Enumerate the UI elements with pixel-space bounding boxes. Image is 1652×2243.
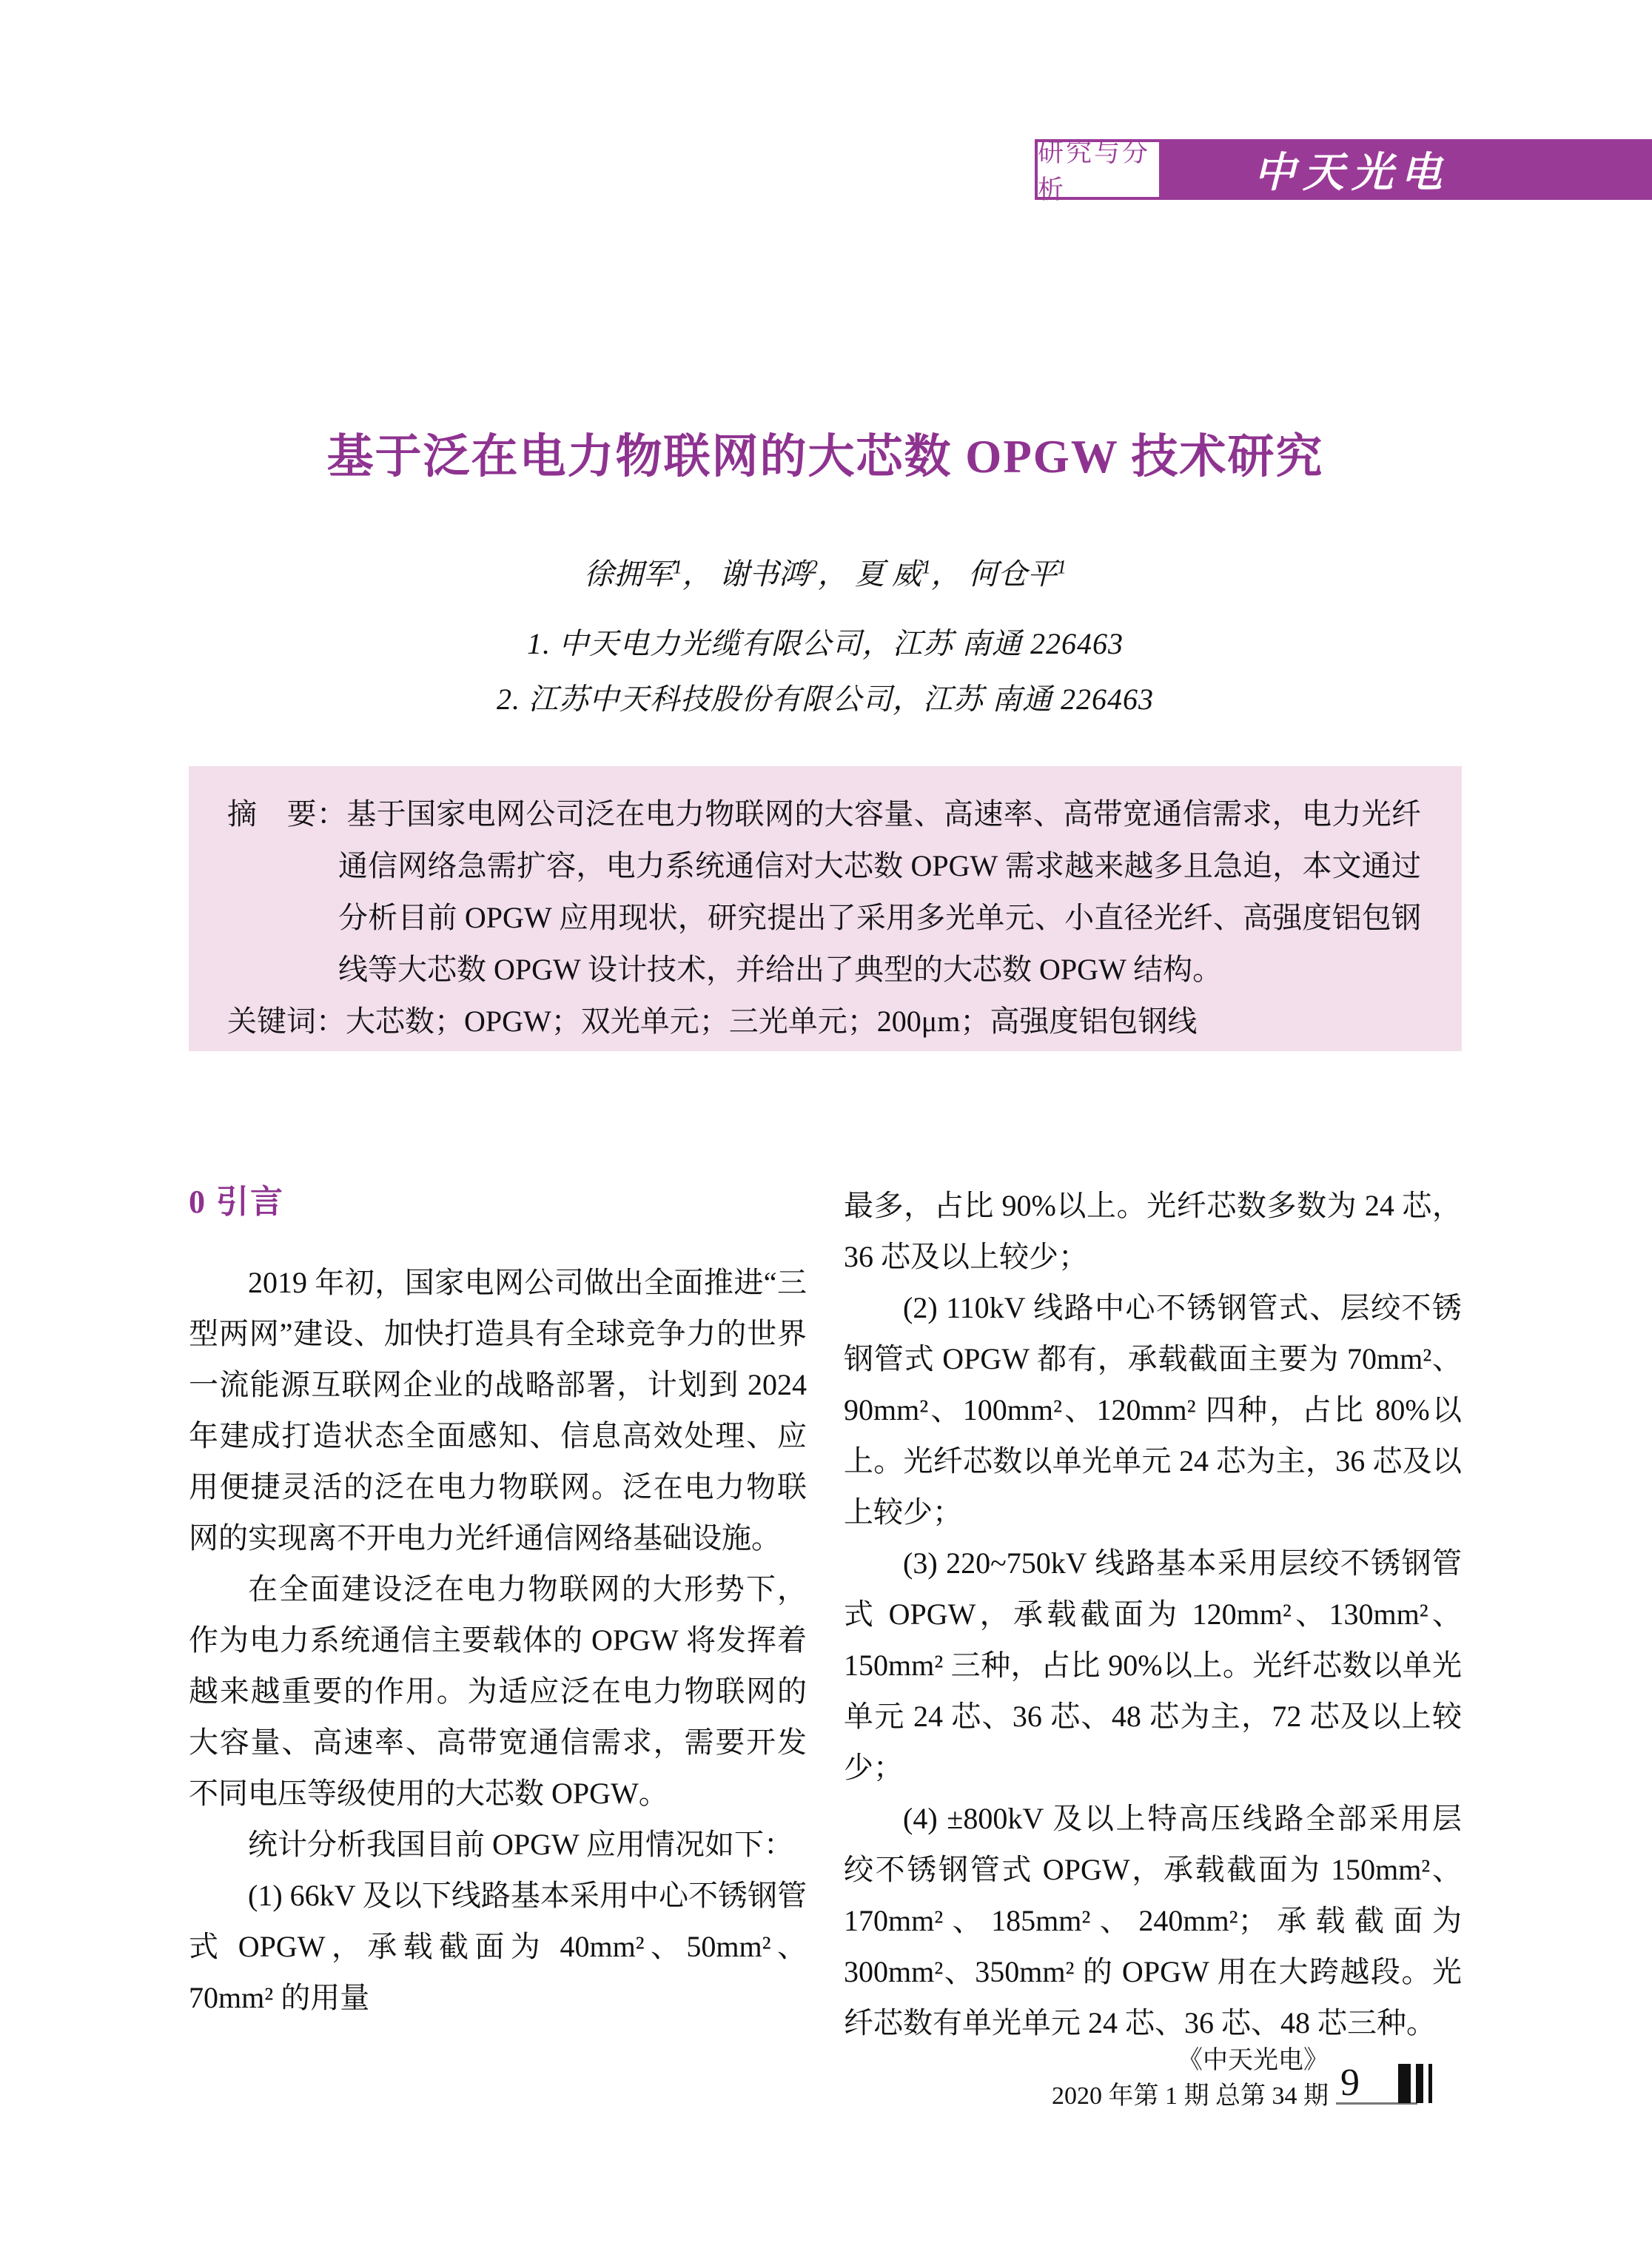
- page-number-block: 9: [1336, 2062, 1432, 2105]
- body-column-right: 最多，占比 90%以上。光纤芯数多数为 24 芯，36 芯及以上较少； (2) …: [844, 1180, 1462, 2048]
- paragraph: (1) 66kV 及以下线路基本采用中心不锈钢管式 OPGW，承载截面为 40m…: [189, 1870, 807, 2023]
- section-heading: 0 引言: [189, 1181, 807, 1223]
- page-number: 9: [1340, 2064, 1360, 2102]
- abstract-box: 摘 要：基于国家电网公司泛在电力物联网的大容量、高速率、高带宽通信需求，电力光纤…: [189, 766, 1462, 1051]
- author: 徐拥军1，: [584, 557, 712, 591]
- author-separator: ，: [818, 557, 847, 591]
- author: 夏 威1，: [855, 557, 961, 591]
- author: 谢书鸿2，: [719, 557, 847, 591]
- section-tag-label: 研究与分析: [1038, 133, 1159, 207]
- author-superscript: 1: [673, 557, 682, 578]
- abstract-label: 摘 要：: [227, 797, 346, 831]
- bar: [1416, 2064, 1423, 2103]
- author-separator: ，: [931, 557, 961, 591]
- paragraph: (3) 220~750kV 线路基本采用层绞不锈钢管式 OPGW，承载截面为 1…: [844, 1538, 1462, 1793]
- paragraph: 2019 年初，国家电网公司做出全面推进“三型两网”建设、加快打造具有全球竞争力…: [189, 1257, 807, 1563]
- paragraph: (2) 110kV 线路中心不锈钢管式、层绞不锈钢管式 OPGW 都有，承载截面…: [844, 1282, 1462, 1538]
- issue-info: 2020 年第 1 期 总第 34 期: [1032, 2079, 1329, 2114]
- abstract-paragraph: 摘 要：基于国家电网公司泛在电力物联网的大容量、高速率、高带宽通信需求，电力光纤…: [227, 788, 1421, 996]
- paragraph: (4) ±800kV 及以上特高压线路全部采用层绞不锈钢管式 OPGW，承载截面…: [844, 1793, 1462, 2048]
- brand-bar: 中天光电: [1162, 139, 1652, 200]
- footer-bars-icon: [1398, 2064, 1432, 2103]
- bar: [1398, 2064, 1411, 2103]
- page-header: 研究与分析 中天光电: [1035, 139, 1652, 200]
- author-separator: ，: [682, 557, 712, 591]
- author-superscript: 1: [1057, 557, 1067, 578]
- keywords-line: 关键词：大芯数；OPGW；双光单元；三光单元；200μm；高强度铝包钢线: [227, 996, 1421, 1047]
- bar: [1428, 2064, 1432, 2103]
- abstract-text: 基于国家电网公司泛在电力物联网的大容量、高速率、高带宽通信需求，电力光纤通信网络…: [338, 797, 1421, 986]
- footer-meta: 《中天光电》 2020 年第 1 期 总第 34 期: [1032, 2043, 1329, 2114]
- paragraph: 最多，占比 90%以上。光纤芯数多数为 24 芯，36 芯及以上较少；: [844, 1180, 1462, 1282]
- brand-logo: 中天光电: [1254, 140, 1449, 199]
- paragraph: 统计分析我国目前 OPGW 应用情况如下：: [189, 1819, 807, 1870]
- paragraph: 在全面建设泛在电力物联网的大形势下，作为电力系统通信主要载体的 OPGW 将发挥…: [189, 1563, 807, 1819]
- journal-name: 《中天光电》: [1032, 2043, 1329, 2079]
- author-superscript: 2: [808, 557, 818, 578]
- authors-line: 徐拥军1， 谢书鸿2， 夏 威1， 何仓平1: [189, 551, 1462, 593]
- affiliation-line: 1. 中天电力光缆有限公司，江苏 南通 226463: [189, 620, 1462, 663]
- keywords-label: 关键词：: [227, 1005, 346, 1038]
- affiliation-line: 2. 江苏中天科技股份有限公司，江苏 南通 226463: [189, 676, 1462, 718]
- body-column-left: 0 引言 2019 年初，国家电网公司做出全面推进“三型两网”建设、加快打造具有…: [189, 1180, 807, 2048]
- article-title: 基于泛在电力物联网的大芯数 OPGW 技术研究: [189, 419, 1462, 486]
- author: 何仓平1: [968, 557, 1067, 591]
- keywords-text: 大芯数；OPGW；双光单元；三光单元；200μm；高强度铝包钢线: [346, 1005, 1197, 1038]
- body-columns: 0 引言 2019 年初，国家电网公司做出全面推进“三型两网”建设、加快打造具有…: [189, 1180, 1462, 2048]
- section-tag: 研究与分析: [1035, 139, 1162, 200]
- author-superscript: 1: [921, 557, 931, 578]
- journal-page: 研究与分析 中天光电 基于泛在电力物联网的大芯数 OPGW 技术研究 徐拥军1，…: [0, 0, 1652, 2243]
